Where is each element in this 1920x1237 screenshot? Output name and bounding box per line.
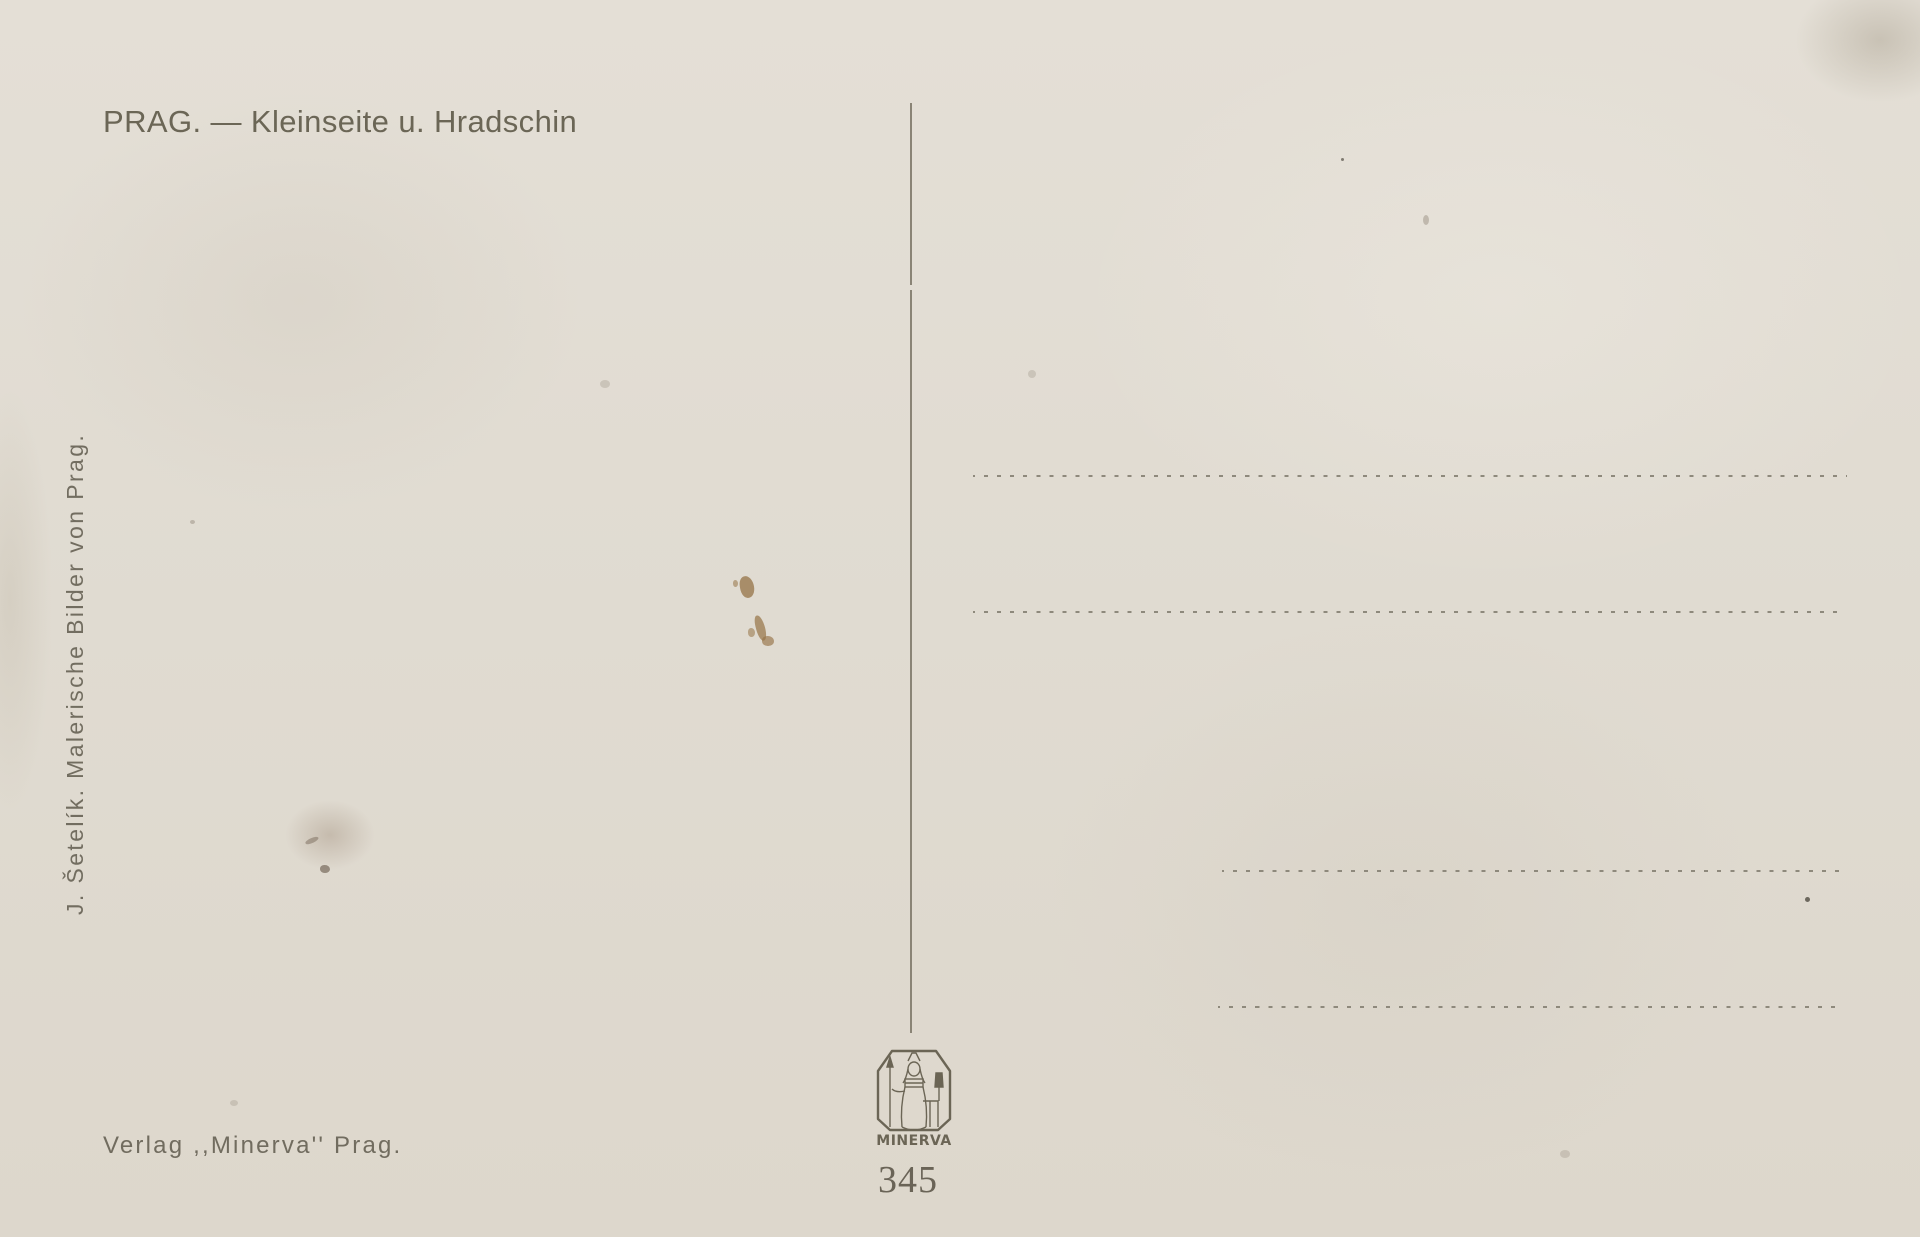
minerva-logo: MINERVA [872, 1047, 956, 1147]
minerva-label: MINERVA [876, 1133, 951, 1147]
center-divider-line [910, 103, 912, 285]
paper-speck [190, 520, 195, 524]
stain-mark [738, 575, 756, 599]
stain-mark [320, 865, 330, 873]
publisher-imprint: Verlag ,,Minerva'' Prag. [103, 1132, 402, 1160]
paper-speck [1341, 158, 1344, 161]
paper-speck [600, 380, 610, 388]
stain-mark [285, 800, 375, 870]
artist-series-caption: J. Šetelík. Malerische Bilder von Prag. [62, 433, 89, 915]
postcard-back: PRAG. — Kleinseite u. Hradschin J. Šetel… [0, 0, 1920, 1237]
address-line-3 [1222, 870, 1843, 872]
address-line-4 [1218, 1006, 1840, 1008]
card-number: 345 [878, 1158, 938, 1202]
address-line-2 [973, 611, 1843, 613]
stain-mark [733, 580, 738, 587]
address-line-1 [973, 475, 1847, 477]
minerva-goddess-icon: MINERVA [872, 1047, 956, 1147]
postcard-title: PRAG. — Kleinseite u. Hradschin [103, 104, 577, 140]
paper-speck [1028, 370, 1036, 378]
paper-speck [1423, 215, 1429, 225]
stain-mark [748, 628, 755, 637]
center-divider-line [910, 290, 912, 1033]
paper-speck [1560, 1150, 1570, 1158]
stain-mark [762, 636, 774, 646]
paper-speck [230, 1100, 238, 1106]
paper-speck [1805, 897, 1810, 902]
